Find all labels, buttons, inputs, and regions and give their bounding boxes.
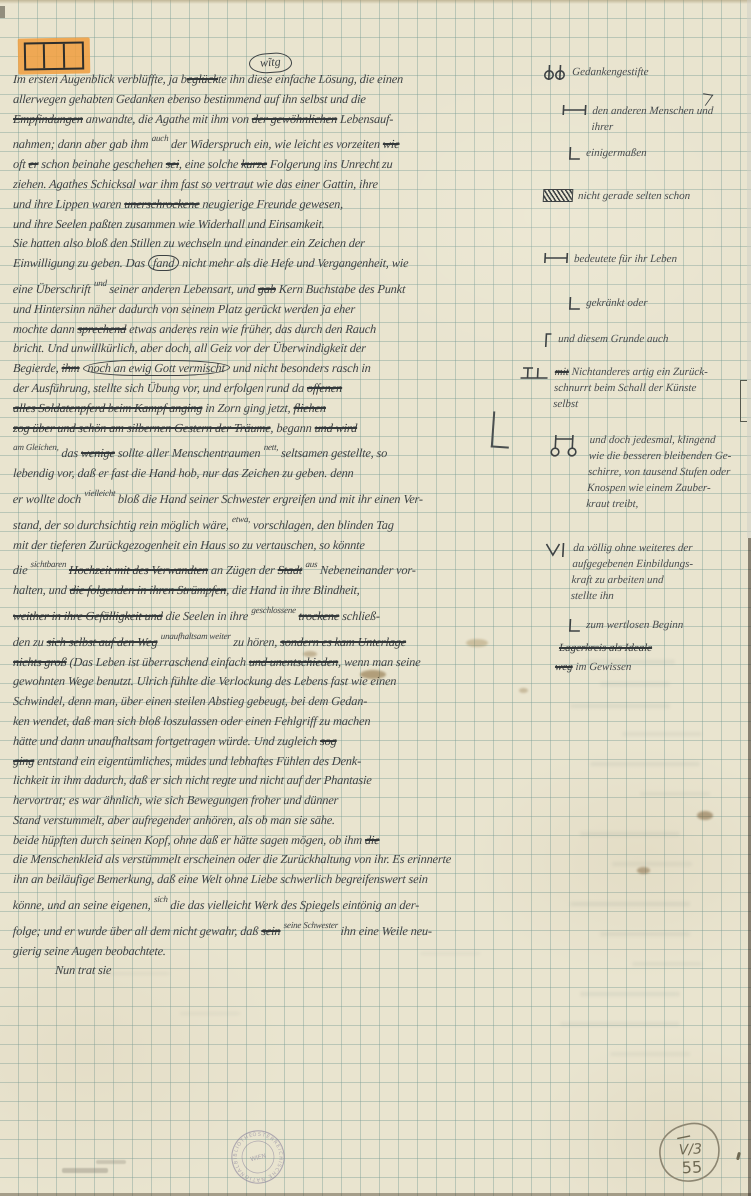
text-segment: Sie hatten also bloß den Stillen zu wech… <box>13 236 365 250</box>
bleed-through-mark <box>632 962 702 966</box>
text-line: stand, der so durchsichtig rein möglich … <box>12 510 549 536</box>
stain-mark <box>360 670 386 679</box>
text-segment: die <box>365 833 380 847</box>
text-segment: folge; und er wurde über all dem nicht g… <box>13 924 262 938</box>
text-segment: wie <box>383 137 400 151</box>
oo-siglum-icon <box>548 432 586 462</box>
text-segment: ihrer <box>591 121 613 133</box>
phiphi-siglum-icon <box>542 64 567 86</box>
text-segment: bricht. Und unwillkürlich, aber doch, al… <box>13 341 367 355</box>
text-line: mochte dann sprechend etwas anderes rein… <box>12 320 549 340</box>
bleed-through-mark <box>585 660 675 664</box>
bleed-through-mark <box>612 862 692 866</box>
text-segment: seltsamen gestellte, so <box>278 446 388 460</box>
margin-note-line: den anderen Menschen und <box>592 103 714 119</box>
text-segment: allerwegen gehabten Gedanken ebenso best… <box>13 92 366 106</box>
text-segment: schnurrt beim Schall der Künste <box>554 382 697 394</box>
text-segment: sog <box>320 734 337 748</box>
bleed-through-mark <box>100 972 170 975</box>
margin-note: gekränkt oder <box>566 295 648 317</box>
text-line: die sichtbaren Hochzeit mit des Verwandt… <box>12 555 549 581</box>
margin-bracket-mark <box>740 380 747 422</box>
text-segment: ging <box>13 754 35 768</box>
margin-note-line: schnurrt beim Schall der Künste <box>554 380 708 396</box>
text-segment: sprechend <box>77 322 126 336</box>
text-segment: und diesem Grunde auch <box>558 333 669 345</box>
bleed-through-mark <box>580 992 680 996</box>
text-segment: fliehen <box>293 401 326 415</box>
text-line: nahmen; dann aber gab ihm auch der Wider… <box>12 129 549 155</box>
margin-note-line: einigermaßen <box>586 145 647 161</box>
bleed-through-mark <box>580 832 680 836</box>
text-segment: sei <box>165 157 179 171</box>
archive-signature: V/3 55 <box>652 1116 726 1190</box>
text-segment: gab <box>258 282 277 296</box>
text-segment: nahmen; dann aber gab ihm <box>13 137 152 151</box>
margin-note-line: und doch jedesmal, klingend <box>589 432 732 448</box>
text-segment: gierig seine Augen beobachtete. <box>13 944 167 958</box>
text-segment: die folgenden in ihren Strümpfen <box>69 583 226 597</box>
stain-mark <box>519 688 528 693</box>
margin-note-text: mit Nichtanderes artig ein Zurück-schnur… <box>553 364 709 412</box>
lbracket-siglum-icon <box>542 331 553 353</box>
text-segment: die Menschenkleid als verstümmelt ersche… <box>13 852 452 866</box>
text-line: Im ersten Augenblick verblüffte, ja begl… <box>12 70 549 90</box>
text-segment: Nebeneinander vor- <box>317 563 416 577</box>
text-segment: und doch jedesmal, klingend <box>589 434 716 446</box>
margin-note-line: Knospen wie einem Zauber- <box>587 480 730 496</box>
margin-note-text: bedeutete für ihr Leben <box>574 251 678 267</box>
text-segment: vielleicht <box>84 488 116 498</box>
text-segment: entstand ein eigentümliches, müdes und l… <box>34 754 362 768</box>
margin-note: bedeutete für ihr Leben <box>543 251 678 269</box>
text-segment: Empfindungen <box>13 112 84 126</box>
scan-edge <box>747 0 751 538</box>
text-line: der Ausführung, stellte sich Übung vor, … <box>12 379 549 399</box>
text-segment: nichts groß <box>13 655 67 669</box>
text-segment: zum wertlosen Beginn <box>586 619 684 631</box>
margin-note-line: und diesem Grunde auch <box>558 331 669 347</box>
text-line: ihn an beiläufige Bemerkung, daß eine We… <box>12 870 549 890</box>
margin-note: zum wertlosen Beginn <box>566 617 683 639</box>
three-cell-box-sigil-icon <box>24 41 84 70</box>
text-segment: die das vielleicht Werk des Spiegels ein… <box>167 898 419 912</box>
text-line: Nun trat sie <box>12 961 549 981</box>
bleed-through-mark <box>600 932 690 936</box>
text-segment: fand <box>148 255 180 271</box>
text-segment: sollte aller Menschentraumen <box>115 446 264 460</box>
stamp-center-text: WIEN <box>250 1153 267 1164</box>
text-line: ziehen. Agathes Schicksal war ihm fast s… <box>12 175 549 195</box>
text-segment: ihn eine Weile neu- <box>337 924 432 938</box>
text-segment: das <box>58 446 81 460</box>
text-segment: Einwilligung zu geben. Das <box>13 256 149 270</box>
text-segment: der Widerspruch ein, wie leicht es vorze… <box>168 137 383 151</box>
text-line: und ihre Seelen paßten zusammen wie Wide… <box>12 215 549 235</box>
margin-note: und diesem Grunde auch <box>542 331 668 353</box>
text-segment: eglück <box>187 72 219 86</box>
text-segment: Hochzeit mit des Verwandten <box>69 563 209 577</box>
text-line: ging entstand ein eigentümliches, müdes … <box>12 752 549 772</box>
text-segment: Kern Buchstabe des Punkt <box>276 282 406 296</box>
text-segment: und <box>94 278 107 288</box>
text-segment: zog über und schön am silbernen Gestern … <box>13 421 271 435</box>
text-segment: den anderen Menschen und <box>592 105 714 117</box>
text-segment: nett, <box>263 442 278 452</box>
text-segment: und nicht besonders rasch in <box>230 361 372 375</box>
text-segment: Nichtanderes artig ein Zurück- <box>569 366 709 378</box>
text-line: mit der tieferen Zurückgezogenheit ein H… <box>12 536 549 556</box>
text-segment: Stadt <box>277 563 302 577</box>
text-segment: stand, der so durchsichtig rein möglich … <box>13 518 233 532</box>
elbow-siglum-icon <box>566 145 581 167</box>
text-line: die Menschenkleid als verstümmelt ersche… <box>12 850 549 870</box>
text-segment: kurze <box>241 157 268 171</box>
bleed-through-mark <box>590 762 700 766</box>
text-segment: die Seelen in ihre <box>162 609 251 623</box>
text-segment: und unentschieden <box>249 655 339 669</box>
text-segment: der gewöhnlichen <box>251 112 337 126</box>
text-segment: sich selbst auf den Weg <box>46 635 158 649</box>
text-segment: er wollte doch <box>13 492 85 506</box>
text-segment: te ihn diese einfache Lösung, die einen <box>218 72 404 86</box>
text-segment: wie die besseren bleibenden Ge- <box>589 450 732 462</box>
margin-note-line: ihrer <box>591 119 713 135</box>
text-line: er wollte doch vielleicht bloß die Hand … <box>12 484 549 510</box>
text-line: könne, und an seine eigenen, sich die da… <box>12 890 549 916</box>
text-segment: , begann <box>270 421 315 435</box>
text-line: alles Soldatenpferd beim Kampf anging in… <box>12 399 549 419</box>
text-line: nichts groß (Das Leben ist überraschend … <box>12 653 549 673</box>
text-line: am Gleichen, das wenige sollte aller Men… <box>12 438 549 464</box>
text-segment: der Ausführung, stellte sich Übung vor, … <box>13 381 308 395</box>
text-segment: alles Soldatenpferd beim Kampf anging <box>13 401 203 415</box>
text-segment: oft <box>13 157 29 171</box>
text-segment: mit der tieferen Zurückgezogenheit ein H… <box>13 538 366 552</box>
text-segment: geschlossene <box>251 605 296 615</box>
scan-edge <box>0 6 5 18</box>
text-segment: gewohnten Wege benutzt. Ulrich fühlte di… <box>13 674 397 688</box>
bleed-through-mark <box>570 704 670 708</box>
text-segment: Nun trat sie <box>55 963 112 977</box>
text-segment: den zu <box>13 635 48 649</box>
margin-note-line: kraut treibt, <box>586 496 729 512</box>
text-segment: die <box>13 563 31 577</box>
margin-note-line: da völlig ohne weiteres der <box>573 540 695 556</box>
elbow-siglum-icon <box>566 295 581 317</box>
text-segment: (Das Leben ist überraschend einfach <box>66 655 249 669</box>
stain-mark <box>466 639 488 647</box>
text-segment: , wenn man seine <box>338 655 421 669</box>
margin-note-line: schirre, von tausend Stufen oder <box>588 464 731 480</box>
bleed-through-mark <box>610 1052 690 1056</box>
margin-note-text: zum wertlosen Beginn <box>586 617 684 633</box>
margin-note-line: aufgegebenen Einbildungs- <box>572 556 694 572</box>
text-segment: weither in ihre Gefälligkeit und <box>13 609 164 623</box>
text-segment: kraut treibt, <box>586 498 639 510</box>
margin-note: nicht gerade selten schon <box>543 188 691 204</box>
text-segment: seiner anderen Lebensart, und <box>106 282 258 296</box>
stain-mark <box>303 651 317 657</box>
text-line: eine Überschrift und seiner anderen Lebe… <box>12 274 549 300</box>
margin-note: mit Nichtanderes artig ein Zurück-schnur… <box>518 364 709 412</box>
text-segment: mochte dann <box>13 322 78 336</box>
text-segment: Lebensauf- <box>337 112 394 126</box>
text-line: weither in ihre Gefälligkeit und die See… <box>12 601 549 627</box>
pencil-scribble <box>62 1168 108 1173</box>
text-segment: trockene <box>298 609 339 623</box>
text-line: folge; und er wurde über all dem nicht g… <box>12 916 549 942</box>
margin-note-line: Gedankengestifte <box>572 64 649 80</box>
text-segment: Knospen wie einem Zauber- <box>587 482 711 494</box>
text-segment: schon beinahe geschehen <box>38 157 166 171</box>
text-segment: schirre, von tausend Stufen oder <box>588 466 731 478</box>
text-line: allerwegen gehabten Gedanken ebenso best… <box>12 90 549 110</box>
text-segment: beide hüpften durch seinen Kopf, ohne da… <box>13 833 366 847</box>
hbar-siglum-icon <box>561 103 588 121</box>
margin-note-text: den anderen Menschen undihrer <box>591 103 714 135</box>
text-segment: schließ- <box>339 609 380 623</box>
text-segment: Stand verstummelt, aber aufregender anhö… <box>13 813 336 827</box>
margin-note-line: nicht gerade selten schon <box>578 188 691 204</box>
text-segment: etwas anderes rein wie früher, das durch… <box>126 322 377 336</box>
perp2-siglum-icon <box>519 364 550 386</box>
margin-note-line: kraft zu arbeiten und <box>571 572 693 588</box>
margin-note-text: und diesem Grunde auch <box>558 331 669 347</box>
bleed-through-mark <box>600 682 670 686</box>
text-segment: sich <box>154 894 168 904</box>
text-segment: und wird <box>314 421 357 435</box>
margin-note-line: mit Nichtanderes artig ein Zurück- <box>554 364 708 380</box>
text-segment: eine Überschrift <box>13 282 95 296</box>
text-line: bricht. Und unwillkürlich, aber doch, al… <box>12 339 549 359</box>
manuscript-page: wĩtg Im ersten Augenblick verblüffte, ja… <box>0 0 751 1196</box>
text-segment: mit <box>555 366 570 378</box>
bleed-through-mark <box>570 902 690 906</box>
text-line: beide hüpften durch seinen Kopf, ohne da… <box>12 831 549 851</box>
text-segment: Folgerung ins Unrecht zu <box>267 157 393 171</box>
text-segment: ihm <box>61 361 80 375</box>
text-segment: halten, und <box>13 583 70 597</box>
margin-note-line: wie die besseren bleibenden Ge- <box>588 448 731 464</box>
text-segment: Im ersten Augenblick verblüffte, ja b <box>13 72 188 86</box>
zigzag-siglum-icon <box>543 540 568 564</box>
text-line: oft er schon beinahe geschehen sei, eine… <box>12 155 549 175</box>
margin-note-text: Gedankengestifte <box>572 64 649 80</box>
text-segment: selbst <box>553 398 579 410</box>
text-segment: und Hintersinn näher dadurch von seinem … <box>13 302 356 316</box>
text-segment: nicht mehr als die Hefe und Vergangenhei… <box>179 256 409 270</box>
text-line: Einwilligung zu geben. Das fand nicht me… <box>12 254 549 274</box>
elbow-siglum-icon <box>566 617 581 639</box>
text-segment: gekränkt oder <box>586 297 648 309</box>
text-segment: zu hören, <box>230 635 281 649</box>
hbar-siglum-icon <box>543 251 570 269</box>
text-segment: lebendig vor, daß er fast die Hand hob, … <box>13 466 354 480</box>
text-segment: , die Hand in ihre Blindheit, <box>226 583 360 597</box>
text-line: ken wendet, daß man sich bloß loszulasse… <box>12 712 549 732</box>
margin-note-line: Lagerkreis als Ideale <box>559 640 653 656</box>
signature-bottom: 55 <box>681 1157 702 1177</box>
text-segment: könne, und an seine eigenen, <box>13 898 155 912</box>
text-segment: hätte und dann unaufhaltsam fortgetragen… <box>13 734 321 748</box>
text-segment: einigermaßen <box>586 147 647 159</box>
text-line: hervortrat; es war ähnlich, wie sich Bew… <box>12 791 549 811</box>
margin-note-text: einigermaßen <box>586 145 647 161</box>
text-line: lebendig vor, daß er fast die Hand hob, … <box>12 464 549 484</box>
text-segment: offenen <box>307 381 343 395</box>
bleed-through-mark <box>180 1012 240 1015</box>
text-line: Schwindel, denn man, über einen steilen … <box>12 692 549 712</box>
margin-note: den anderen Menschen undihrer <box>560 103 714 135</box>
text-line: gewohnten Wege benutzt. Ulrich fühlte di… <box>12 672 549 692</box>
text-segment: wenige <box>81 446 116 460</box>
text-segment: und ihre Lippen waren <box>13 197 125 211</box>
margin-note-text: da völlig ohne weiteres deraufgegebenen … <box>570 540 694 604</box>
margin-note: da völlig ohne weiteres deraufgegebenen … <box>541 540 694 604</box>
margin-note-text: und doch jedesmal, klingendwie die besse… <box>586 432 733 512</box>
margin-note-line: stellte ihn <box>570 588 692 604</box>
text-segment: sein <box>261 924 281 938</box>
text-segment: in Zorn ging jetzt, <box>202 401 294 415</box>
margin-note: Gedankengestifte <box>542 64 649 86</box>
margin-note-text: nicht gerade selten schon <box>578 188 691 204</box>
library-stamp: ÖSTERREICHISCHE NATIONALBIBLIOTHEK WIEN <box>222 1120 293 1194</box>
margin-note: Lagerkreis als Ideale <box>559 640 653 656</box>
bleed-through-mark <box>420 952 480 955</box>
text-line: halten, und die folgenden in ihren Strüm… <box>12 581 549 601</box>
text-segment: und ihre Seelen paßten zusammen wie Wide… <box>13 217 325 231</box>
text-segment: bedeutete für ihr Leben <box>574 253 678 265</box>
manuscript-text: Im ersten Augenblick verblüffte, ja begl… <box>13 70 549 981</box>
text-segment: hervortrat; es war ähnlich, wie sich Bew… <box>13 793 339 807</box>
text-segment: kraft zu arbeiten und <box>571 574 664 586</box>
text-segment: etwa, <box>232 514 251 524</box>
text-segment: nicht gerade selten schon <box>578 190 691 202</box>
text-segment: unerschrockene <box>124 197 200 211</box>
text-segment: noch an ewig Gott vermischt <box>82 360 230 376</box>
text-segment: auch <box>151 133 168 143</box>
bleed-through-mark <box>622 732 702 736</box>
text-line: und Hintersinn näher dadurch von seinem … <box>12 300 549 320</box>
text-segment: sichtbaren <box>30 559 66 569</box>
text-segment: Schwindel, denn man, über einen steilen … <box>13 694 368 708</box>
text-segment: neugierige Freunde gewesen, <box>199 197 343 211</box>
correction-mark <box>491 411 511 448</box>
text-segment: weg <box>555 661 573 673</box>
text-line: Sie hatten also bloß den Stillen zu wech… <box>12 234 549 254</box>
text-segment: da völlig ohne weiteres der <box>573 542 693 554</box>
text-segment: ken wendet, daß man sich bloß loszulasse… <box>13 714 371 728</box>
text-line: Empfindungen anwandte, die Agathe mit ih… <box>12 110 549 130</box>
stain-mark <box>637 867 650 874</box>
margin-note: einigermaßen <box>566 145 647 167</box>
scan-edge <box>0 0 751 4</box>
text-segment: aufgegebenen Einbildungs- <box>572 558 693 570</box>
text-line: Stand verstummelt, aber aufregender anhö… <box>12 811 549 831</box>
pen-tick-mark <box>736 1152 740 1160</box>
margin-note-text: gekränkt oder <box>586 295 648 311</box>
text-segment: Begierde, <box>13 361 62 375</box>
text-segment: , eine solche <box>179 157 242 171</box>
text-line: Begierde, ihm noch an ewig Gott vermisch… <box>12 359 549 379</box>
text-segment: seine Schwester <box>284 920 339 930</box>
text-segment: stellte ihn <box>570 590 614 602</box>
text-segment: aus <box>305 559 317 569</box>
text-segment: ihn an beiläufige Bemerkung, daß eine We… <box>13 872 428 886</box>
stain-mark <box>697 811 713 820</box>
text-line: lichkeit in ihm dadurch, daß er sich nic… <box>12 771 549 791</box>
pencil-scribble <box>96 1160 126 1164</box>
text-segment: vorschlagen, den blinden Tag <box>250 518 395 532</box>
bleed-through-mark <box>640 792 710 796</box>
margin-note: und doch jedesmal, klingendwie die besse… <box>545 432 733 512</box>
text-segment: ziehen. Agathes Schicksal war ihm fast s… <box>13 177 379 191</box>
text-segment: bloß die Hand seiner Schwester ergreifen… <box>115 492 424 506</box>
text-line: zog über und schön am silbernen Gestern … <box>12 419 549 439</box>
text-segment: sondern es kam Unterlage <box>280 635 407 649</box>
margin-note-line: bedeutete für ihr Leben <box>574 251 678 267</box>
bleed-through-mark <box>560 1022 680 1026</box>
margin-note-line: gekränkt oder <box>586 295 648 311</box>
text-segment: am Gleichen, <box>13 442 59 452</box>
margin-note-line: zum wertlosen Beginn <box>586 617 684 633</box>
margin-note-text: Lagerkreis als Ideale <box>559 640 653 656</box>
margin-note-line: selbst <box>553 396 707 412</box>
signature-top: V/3 <box>678 1141 702 1158</box>
overbar-mark <box>677 1136 690 1139</box>
text-segment: unaufhaltsam weiter <box>161 631 231 641</box>
text-segment: anwandte, die Agathe mit ihm von <box>83 112 253 126</box>
text-line: hätte und dann unaufhaltsam fortgetragen… <box>12 732 549 752</box>
text-segment: an Zügen der <box>208 563 278 577</box>
text-segment: Gedankengestifte <box>572 66 649 78</box>
text-line: und ihre Lippen waren unerschrockene neu… <box>12 195 549 215</box>
text-segment: Lagerkreis als Ideale <box>559 642 653 654</box>
hatchbox-siglum-icon <box>543 188 574 202</box>
text-segment: lichkeit in ihm dadurch, daß er sich nic… <box>13 773 372 787</box>
